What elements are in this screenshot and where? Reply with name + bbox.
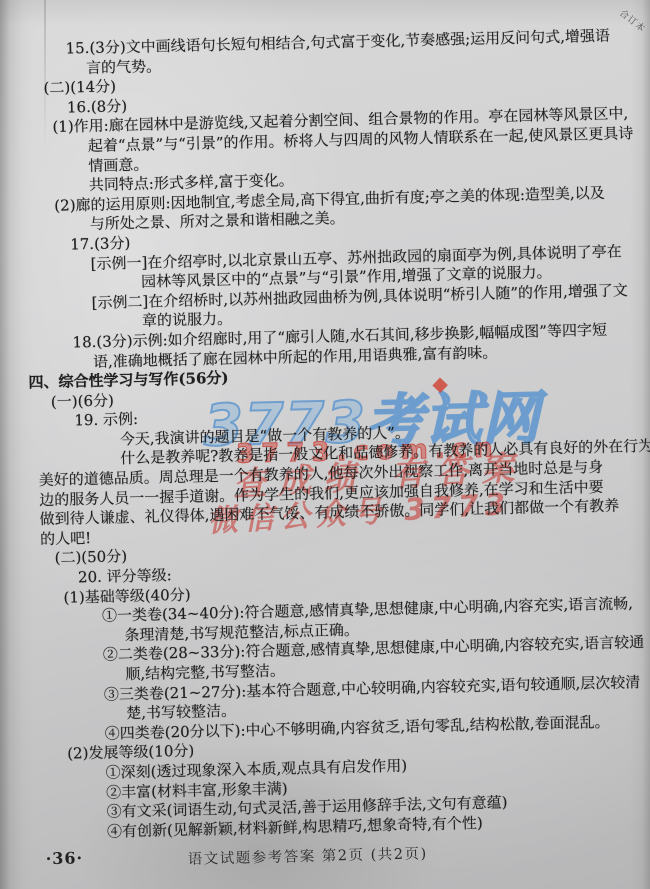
footer-title: 语文试题参考答案 第2页 (共2页) — [187, 842, 427, 869]
footer-page-number: ·36· — [45, 848, 83, 868]
document-sheet: 3773考试网 3773.com.cn 查成绩 有答案 微信公众号 3773 1… — [0, 0, 650, 889]
scanned-page: 合订本 3773考试网 3773.com.cn 查成绩 有答案 微信公众号 37… — [0, 0, 650, 889]
document-lines: 15.(3分)文中画线语句长短句相结合,句式富于变化,节奏感强;运用反问句式,增… — [20, 25, 650, 843]
